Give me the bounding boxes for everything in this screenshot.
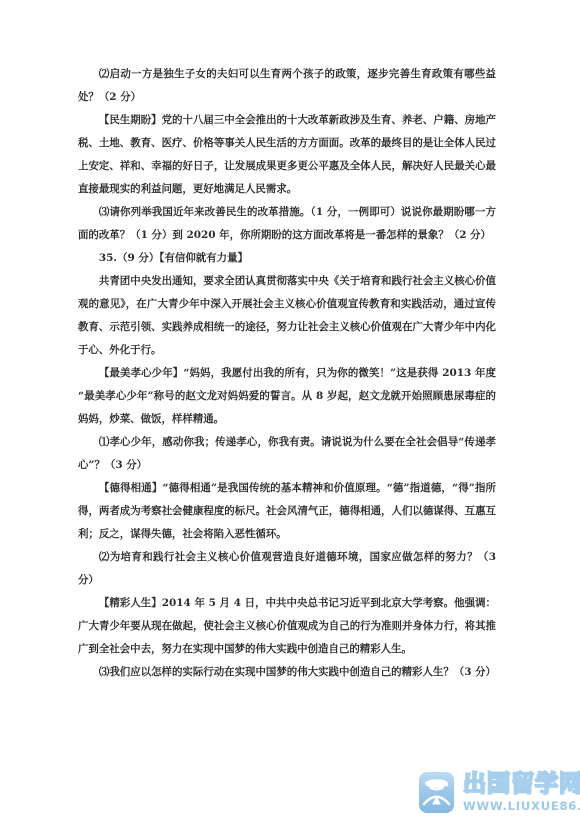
graduation-cap-icon (419, 772, 454, 813)
material-youth-league-notice: 共青团中央发出通知，要求全团认真贯彻落实中央《关于培育和践行社会主义核心价值观的… (78, 270, 496, 362)
watermark-texts: 出国留学网 WWW.LIUXUE86.COM (463, 772, 580, 813)
watermark-site-url: WWW.LIUXUE86.COM (463, 799, 580, 813)
exam-paper-page: ⑵启动一方是独生子女的夫妇可以生育两个孩子的政策，逐步完善生育政策有哪些益处？（… (0, 0, 580, 820)
question-2-moral-environment: ⑵为培育和践行社会主义核心价值观营造良好道德环境，国家应做怎样的努力？（3 分） (78, 546, 496, 592)
question-3-jingcai-rensheng: ⑶我们应以怎样的实际行动在实现中国梦的伟大实践中创造自己的精彩人生？（3 分） (78, 661, 496, 684)
liuxue86-watermark: 出国留学网 WWW.LIUXUE86.COM (419, 772, 580, 813)
watermark-site-name: 出国留学网 (463, 772, 580, 796)
material-de-de-xiangtong: 【德得相通】“德得相通”是我国传统的基本精神和价值原理。“德”指道德，“得”指所… (78, 477, 496, 546)
question-35-heading: 35.（9 分）【有信仰就有力量】 (78, 247, 496, 270)
question-3-livelihood-reform: ⑶请你列举我国近年来改善民生的改革措施。（1 分，一例即可）说说你最期盼哪一方面… (78, 201, 496, 247)
material-jingcai-rensheng: 【精彩人生】2014 年 5 月 4 日，中共中央总书记习近平到北京大学考察。他… (78, 592, 496, 661)
question-1-chuandi-xiaoxin: ⑴孝心少年，感动你我；传递孝心，你我有责。请说说为什么要在全社会倡导“传递孝心”… (78, 431, 496, 477)
material-minsheng-qipan: 【民生期盼】党的十八届三中全会推出的十大改革新政涉及生育、养老、户籍、房地产税、… (78, 109, 496, 201)
question-2-population-policy: ⑵启动一方是独生子女的夫妇可以生育两个孩子的政策，逐步完善生育政策有哪些益处？（… (78, 63, 496, 109)
document-body: ⑵启动一方是独生子女的夫妇可以生育两个孩子的政策，逐步完善生育政策有哪些益处？（… (78, 63, 496, 684)
material-zuimei-xiaoxin-shaonian: 【最美孝心少年】“妈妈，我愿付出我的所有，只为你的微笑！”这是获得 2013 年… (78, 362, 496, 431)
